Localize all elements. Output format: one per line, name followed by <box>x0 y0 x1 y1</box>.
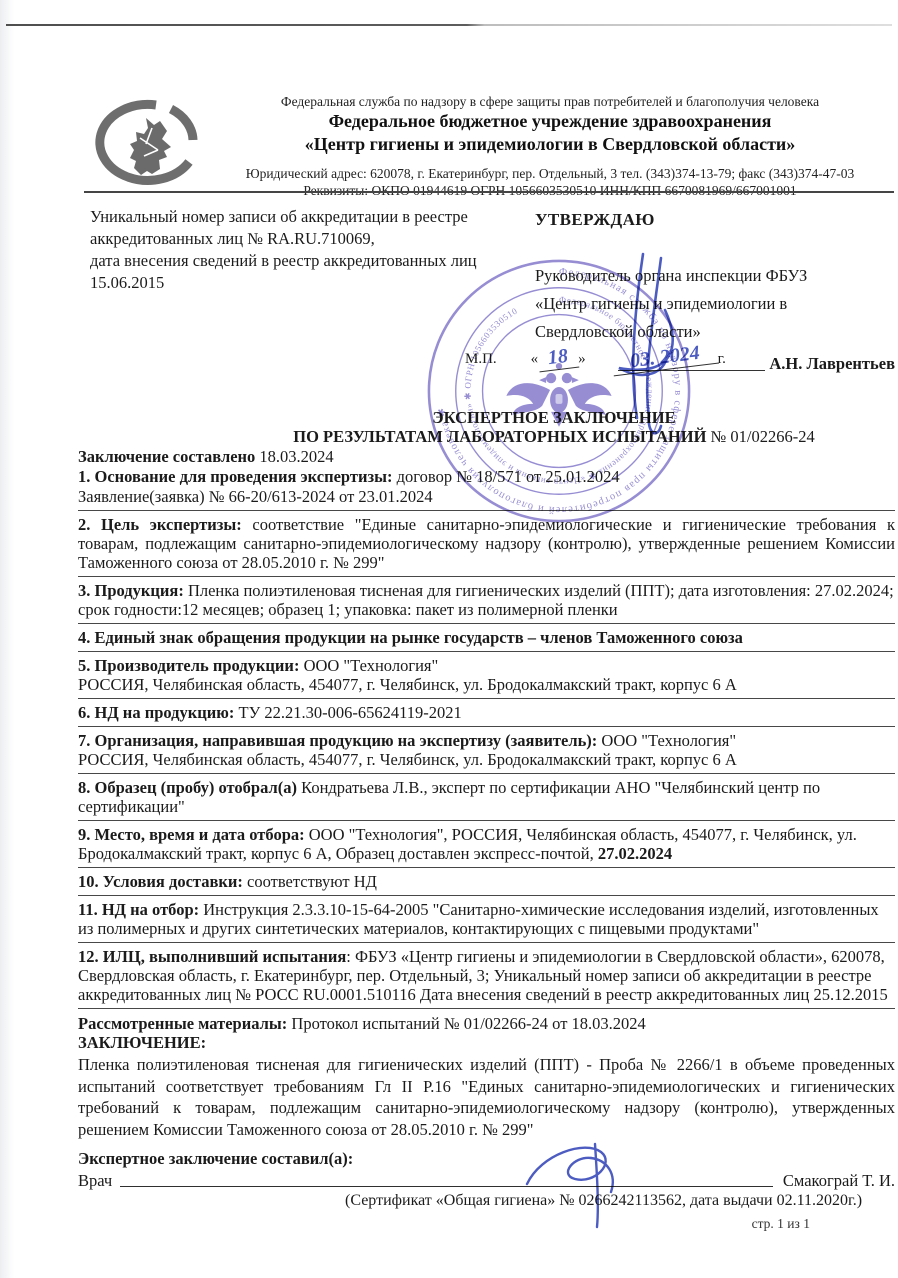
composer-label: Экспертное заключение составил(а): <box>78 1149 895 1168</box>
materials-line: Рассмотренные материалы: Протокол испыта… <box>78 1014 895 1033</box>
section-8-sampler: 8. Образец (пробу) отобрал(а) Кондратьев… <box>78 778 895 816</box>
section-11-sampling-standard: 11. НД на отбор: Инструкция 2.3.3.10-15-… <box>78 900 895 938</box>
seal-mark-label: М.П. <box>465 351 497 368</box>
title-line2-text: ПО РЕЗУЛЬТАТАМ ЛАБОРАТОРНЫХ ИСПЫТАНИЙ <box>293 427 706 446</box>
section-divider <box>78 895 895 896</box>
section-divider <box>78 773 895 774</box>
composed-date-line: Заключение составлено 18.03.2024 <box>78 447 895 466</box>
page-number: стр. 1 из 1 <box>78 1214 895 1233</box>
section-5-manufacturer: 5. Производитель продукции: ООО "Техноло… <box>78 656 895 694</box>
seal-date-row: М.П. « 18 » 03. 2024 г. <box>465 346 895 370</box>
scan-artifact-line <box>6 24 892 26</box>
doctor-signature-line <box>120 1173 773 1187</box>
approver-role: Руководитель органа инспекции ФБУЗ «Цент… <box>535 262 895 346</box>
section-divider <box>78 820 895 821</box>
org-name-line1: Федеральное бюджетное учреждение здравоо… <box>205 110 895 133</box>
quote-close: » <box>578 351 586 368</box>
document-title-line2: ПО РЕЗУЛЬТАТАМ ЛАБОРАТОРНЫХ ИСПЫТАНИЙ № … <box>78 427 895 446</box>
conclusion-heading: ЗАКЛЮЧЕНИЕ: <box>78 1033 895 1052</box>
title-line2-number: № 01/02266-24 <box>706 427 814 446</box>
doctor-name: Смакограй Т. И. <box>783 1171 895 1190</box>
handwritten-day: 18 <box>537 344 580 373</box>
accreditation-record: Уникальный номер записи об аккредитации … <box>90 206 540 294</box>
conclusion-body: Пленка полиэтиленовая тисненая для гигие… <box>78 1054 895 1140</box>
doctor-position: Врач <box>78 1171 112 1190</box>
section-divider <box>78 867 895 868</box>
section-divider <box>78 623 895 624</box>
section-divider <box>78 576 895 577</box>
section-3-product: 3. Продукция: Пленка полиэтиленовая тисн… <box>78 581 895 619</box>
approval-title: УТВЕРЖДАЮ <box>535 210 895 230</box>
application-line: Заявление(заявка) № 66-20/613-2024 от 23… <box>78 487 895 506</box>
section-2-purpose: 2. Цель экспертизы: соответствие "Единые… <box>78 515 895 572</box>
section-7-applicant: 7. Организация, направившая продукцию на… <box>78 731 895 769</box>
section-12-laboratory: 12. ИЛЦ, выполнивший испытания: ФБУЗ «Це… <box>78 947 895 1004</box>
section-divider <box>78 726 895 727</box>
org-logo-icon <box>92 98 204 192</box>
header-divider <box>84 191 894 193</box>
basis-line: 1. Основание для проведения экспертизы: … <box>78 467 895 486</box>
doctor-signature-row: Врач Смакограй Т. И. <box>78 1171 895 1190</box>
org-name-line2: «Центр гигиены и эпидемиологии в Свердло… <box>205 133 895 156</box>
section-divider <box>78 698 895 699</box>
section-divider <box>78 510 895 511</box>
certificate-line: (Сертификат «Общая гигиена» № 0266242113… <box>78 1191 895 1210</box>
section-6-product-standard: 6. НД на продукцию: ТУ 22.21.30-006-6562… <box>78 703 895 722</box>
section-divider <box>78 942 895 943</box>
org-address-line: Юридический адрес: 620078, г. Екатеринбу… <box>205 165 895 182</box>
letterhead: Федеральная служба по надзору в сфере за… <box>205 93 895 199</box>
document-page: Федеральная служба по надзору в сфере за… <box>0 0 898 1278</box>
section-4-eac-mark: 4. Единый знак обращения продукции на ры… <box>78 628 895 647</box>
document-title-line1: ЭКСПЕРТНОЕ ЗАКЛЮЧЕНИЕ <box>78 408 895 427</box>
section-10-delivery: 10. Условия доставки: соответствуют НД <box>78 872 895 891</box>
agency-line: Федеральная служба по надзору в сфере за… <box>205 93 895 110</box>
map-silhouette-icon <box>130 118 171 175</box>
year-suffix: г. <box>718 351 726 368</box>
section-9-sampling-place: 9. Место, время и дата отбора: ООО "Техн… <box>78 825 895 863</box>
document-body: ЭКСПЕРТНОЕ ЗАКЛЮЧЕНИЕ ПО РЕЗУЛЬТАТАМ ЛАБ… <box>78 408 895 1233</box>
section-divider <box>78 1008 895 1009</box>
section-divider <box>78 651 895 652</box>
